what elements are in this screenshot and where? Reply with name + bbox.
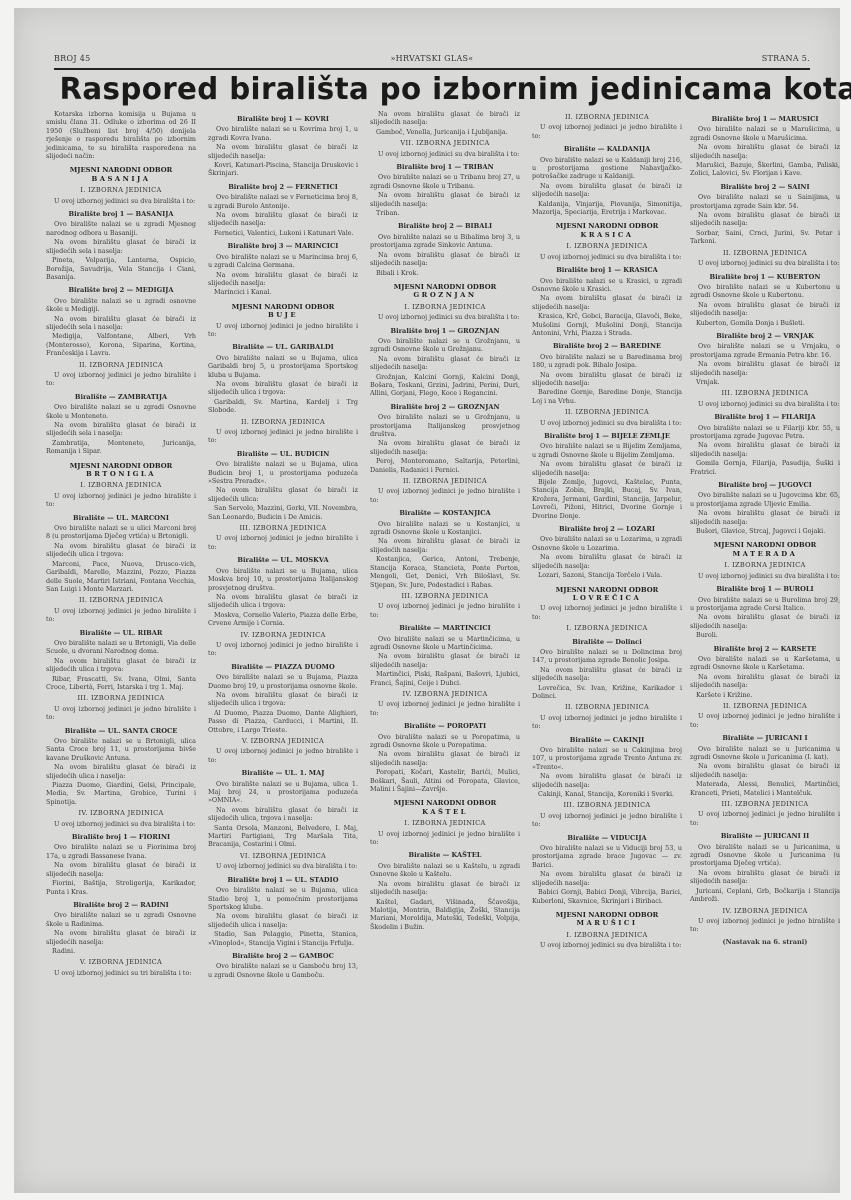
newspaper-name: »HRVATSKI GLAS« (54, 54, 810, 63)
paragraph: Ovo biralište nalazi se u zgradi Mjesnog… (46, 220, 196, 237)
place-list: Martinčici, Piski, Rašpani, Bašovri, Lju… (370, 670, 520, 687)
polling-station-heading: Biralište broj 1 — MARUSICI (690, 115, 840, 123)
paragraph: Ovo biralište nalazi se u Bujama, ulica … (208, 460, 358, 485)
paragraph: U ovoj izbornoj jedinici je jedno birali… (208, 641, 358, 658)
paragraph: Na ovom biralištu glasat će birači iz sl… (208, 143, 358, 160)
paragraph: Na ovom biralištu glasat će birači iz sl… (532, 371, 682, 388)
polling-station-heading: Biralište broj 2 — GAMBOC (208, 952, 358, 960)
paragraph: Na ovom biralištu glasat će birači iz sl… (370, 880, 520, 897)
paragraph: U ovoj izbornoj jedinici je jedno birali… (208, 428, 358, 445)
paragraph: Na ovom biralištu glasat će birači iz sl… (46, 861, 196, 878)
paragraph: Ovo biralište nalazi se u Bujama, ulica … (208, 354, 358, 379)
paragraph: U ovoj izbornoj jedinici je jedno birali… (532, 123, 682, 140)
paragraph: Ovo biralište nalazi se u Sainijima, u p… (690, 193, 840, 210)
polling-station-heading: Biralište broj 2 — SAINI (690, 183, 840, 191)
polling-station-heading: Biralište broj 1 — BIJELE ZEMLJE (532, 432, 682, 440)
electoral-unit-heading: I. IZBORNA JEDINICA (532, 624, 682, 632)
paragraph: Ovo biralište nalazi se u Vrnjaku, o pro… (690, 342, 840, 359)
paragraph: U ovoj izbornoj jedinici je jedno birali… (46, 705, 196, 722)
paragraph: U ovoj izbornoj jedinici je jedno birali… (370, 602, 520, 619)
paragraph: Na ovom biralištu glasat će birači iz sl… (532, 460, 682, 477)
polling-station-heading: Biralište — MARTINCICI (370, 624, 520, 632)
electoral-unit-heading: III. IZBORNA JEDINICA (532, 801, 682, 809)
place-list: Ribar, Frascatti, Sv. Ivana, Olmi, Santa… (46, 675, 196, 692)
paragraph: Ovo biralište nalazi se u Brtonigli, Via… (46, 639, 196, 656)
polling-station-heading: Biralište broj 2 — BAREDINE (532, 342, 682, 350)
place-list: Marušici, Bazuje, Škerlini, Gamba, Palis… (690, 161, 840, 178)
paragraph: U ovoj izbornoj jedinici je jedno birali… (370, 700, 520, 717)
polling-station-heading: Biralište broj 2 — LOZARI (532, 525, 682, 533)
electoral-unit-heading: IV. IZBORNA JEDINICA (690, 907, 840, 915)
polling-station-heading: Biralište broj 2 — MEDIGIJA (46, 286, 196, 294)
paragraph: Ovo biralište nalazi se u Dolincima broj… (532, 648, 682, 665)
polling-station-heading: Biralište — POROPATI (370, 722, 520, 730)
place-list: Bibali i Krok. (370, 269, 520, 277)
electoral-unit-heading: VI. IZBORNA JEDINICA (208, 852, 358, 860)
paragraph: U ovoj izbornoj jedinici su dva birališt… (532, 419, 682, 427)
polling-station-heading: Biralište — UL. MARCONI (46, 514, 196, 522)
polling-station-heading: Biralište broj 1 — KRASICA (532, 266, 682, 274)
place-list: Materada, Alessi, Benulici, Martinčici, … (690, 780, 840, 797)
paragraph: Ovo biralište nalazi se u Kaštelu, u zgr… (370, 862, 520, 879)
electoral-unit-heading: I. IZBORNA JEDINICA (690, 561, 840, 569)
polling-station-heading: Biralište — KALDANIJA (532, 145, 682, 153)
paragraph: Na ovom biralištu glasat će birači iz sl… (690, 360, 840, 377)
polling-station-heading: Biralište broj 1 — GROZNJAN (370, 327, 520, 335)
paragraph: U ovoj izbornoj jedinici je jedno birali… (208, 747, 358, 764)
paragraph: Na ovom biralištu glasat će birači iz sl… (208, 486, 358, 503)
paragraph: Ovo biralište nalazi se u zgradi Osnovne… (46, 403, 196, 420)
paragraph: U ovoj izbornoj jedinici je jedno birali… (690, 810, 840, 827)
paragraph: U ovoj izbornoj jedinici su dva birališt… (532, 253, 682, 261)
paragraph: Na ovom biralištu glasat će birači iz sl… (532, 294, 682, 311)
paragraph: Na ovom biralištu glasat će birači iz sl… (532, 772, 682, 789)
polling-station-heading: Biralište broj 2 — RADINI (46, 901, 196, 909)
paragraph: Ovo biralište nalazi se u Viduciji broj … (532, 844, 682, 869)
paragraph: Ovo biralište nalazi se u Bujama, ulica … (208, 567, 358, 592)
paragraph: Na ovom biralištu glasat će birači iz sl… (208, 380, 358, 397)
page-number: STRANA 5. (762, 54, 810, 63)
paragraph: Na ovom biralištu glasat će birači iz sl… (370, 750, 520, 767)
paragraph: U ovoj izbornoj jedinici je jedno birali… (690, 712, 840, 729)
paragraph: Na ovom biralištu glasat će birači iz sl… (208, 211, 358, 228)
place-list: Fernetici, Valentici, Lukoni i Katunari … (208, 229, 358, 237)
electoral-unit-heading: IV. IZBORNA JEDINICA (208, 631, 358, 639)
electoral-unit-heading: III. IZBORNA JEDINICA (46, 694, 196, 702)
place-list: Kaldanija, Vinjarija, Piovanija, Simonit… (532, 200, 682, 217)
paragraph: Ovo biralište nalazi se u Burolima broj … (690, 596, 840, 613)
electoral-unit-heading: II. IZBORNA JEDINICA (532, 703, 682, 711)
electoral-unit-heading: II. IZBORNA JEDINICA (532, 113, 682, 121)
paragraph: U ovoj izbornoj jedinici je jedno birali… (46, 492, 196, 509)
polling-station-heading: Biralište broj 2 — KARSETE (690, 645, 840, 653)
electoral-unit-heading: II. IZBORNA JEDINICA (532, 408, 682, 416)
paragraph: U ovoj izbornoj jedinici je jedno birali… (208, 534, 358, 551)
paragraph: Na ovom biralištu glasat će birači iz sl… (46, 421, 196, 438)
polling-station-heading: Biralište broj — JUGOVCI (690, 481, 840, 489)
place-list: Radini. (46, 947, 196, 955)
paragraph: Ovo biralište nalazi se u Fiorinima broj… (46, 843, 196, 860)
electoral-unit-heading: III. IZBORNA JEDINICA (690, 389, 840, 397)
paragraph: Na ovom biralištu glasat će birači iz sl… (208, 691, 358, 708)
place-list: Kaštel, Gadari, Višinada, Ščavošija, Mal… (370, 898, 520, 932)
paragraph: Na ovom biralištu glasat će birači iz sl… (208, 912, 358, 929)
column-4: II. IZBORNA JEDINICAU ovoj izbornoj jedi… (532, 110, 682, 951)
paragraph: Ovo biralište nalazi se u Kovrima broj 1… (208, 125, 358, 142)
paragraph: Na ovom biralištu glasat će birači iz sl… (370, 251, 520, 268)
committee-name: BRTONIGLA (46, 470, 196, 478)
committee-name: GROZNJAN (370, 291, 520, 299)
place-list: Poropati, Kočari, Kastelir, Barići, Muli… (370, 768, 520, 793)
place-list: Gomila Gornja, Filarija, Pasudija, Šuški… (690, 459, 840, 476)
masthead: BROJ 45 »HRVATSKI GLAS« STRANA 5. (54, 54, 810, 68)
polling-station-heading: Biralište — UL. 1. MAJ (208, 769, 358, 777)
paragraph: Na ovom biralištu glasat će birači iz sl… (208, 806, 358, 823)
committee-heading: MJESNI NARODNI ODBOR (370, 799, 520, 807)
committee-name: KRASICA (532, 231, 682, 239)
electoral-unit-heading: III. IZBORNA JEDINICA (370, 592, 520, 600)
polling-station-heading: Biralište — Dolinci (532, 638, 682, 646)
paragraph: Ovo biralište nalazi se u Kostanjici, u … (370, 520, 520, 537)
paragraph: U ovoj izbornoj jedinici su tri birališt… (46, 969, 196, 977)
polling-station-heading: Biralište — UL. RIBAR (46, 629, 196, 637)
electoral-unit-heading: V. IZBORNA JEDINICA (208, 737, 358, 745)
paragraph: Na ovom biralištu glasat će birači iz sl… (370, 355, 520, 372)
place-list: Medigija, Valfontane, Alberi, Vrh (Monte… (46, 332, 196, 357)
paragraph: U ovoj izbornoj jedinici je jedno birali… (370, 830, 520, 847)
electoral-unit-heading: II. IZBORNA JEDINICA (208, 418, 358, 426)
polling-station-heading: Biralište broj 2 — GROZNJAN (370, 403, 520, 411)
electoral-unit-heading: I. IZBORNA JEDINICA (46, 186, 196, 194)
paragraph: U ovoj izbornoj jedinici su dva birališt… (690, 572, 840, 580)
electoral-unit-heading: I. IZBORNA JEDINICA (46, 481, 196, 489)
paragraph: Ovo biralište nalazi se u Jugovcima kbr.… (690, 491, 840, 508)
paragraph: Na ovom biralištu glasat će birači iz sl… (690, 613, 840, 630)
committee-name: MATERADA (690, 550, 840, 558)
place-list: Moskva, Cornelio Valerio, Piazza delle E… (208, 611, 358, 628)
place-list: Sorbar, Saini, Crnci, Jurini, Sv. Petar … (690, 229, 840, 246)
paragraph: Na ovom biralištu glasat će birači iz sl… (690, 509, 840, 526)
polling-station-heading: Biralište broj 1 — UL. STADIO (208, 876, 358, 884)
paragraph: Na ovom biralištu glasat će birači iz sl… (370, 110, 520, 127)
polling-station-heading: Biralište — UL. MOSKVA (208, 556, 358, 564)
paragraph: Na ovom biralištu glasat će birači iz sl… (46, 542, 196, 559)
column-2: Biralište broj 1 — KOVRIOvo biralište na… (208, 110, 358, 980)
paragraph: Na ovom biralištu glasat će birači iz sl… (370, 652, 520, 669)
continuation-note: (Nastavak na 6. strani) (690, 938, 840, 946)
paragraph: U ovoj izbornoj jedinici je jedno birali… (370, 487, 520, 504)
place-list: Piazza Duomo, Giardini, Gelsi, Principal… (46, 781, 196, 806)
paragraph: U ovoj izbornoj jedinici su dva birališt… (532, 941, 682, 949)
paragraph: Na ovom biralištu glasat će birači iz sl… (532, 870, 682, 887)
polling-station-heading: Biralište broj 2 — BIBALI (370, 222, 520, 230)
place-list: Krasica, Krč, Gobci, Baracija, Glavoči, … (532, 312, 682, 337)
committee-heading: MJESNI NARODNI ODBOR (46, 462, 196, 470)
paragraph: Kotarska izborna komisija u Bujama u smi… (46, 110, 196, 160)
committee-heading: MJESNI NARODNI ODBOR (208, 303, 358, 311)
paragraph: Ovo biralište nalazi se u Baredinama bro… (532, 353, 682, 370)
paragraph: Na ovom biralištu glasat će birači iz sl… (46, 929, 196, 946)
paragraph: U ovoj izbornoj jedinici su dva birališt… (690, 400, 840, 408)
electoral-unit-heading: II. IZBORNA JEDINICA (370, 477, 520, 485)
paragraph: Ovo biralište nalazi se u Marincima broj… (208, 253, 358, 270)
paragraph: Na ovom biralištu glasat će birači iz sl… (690, 211, 840, 228)
electoral-unit-heading: I. IZBORNA JEDINICA (532, 242, 682, 250)
paragraph: Na ovom biralištu glasat će birači iz sl… (370, 537, 520, 554)
paragraph: Ovo biralište nalazi se u Poropatima, u … (370, 733, 520, 750)
polling-station-heading: Biralište broj 3 — MARINCICI (208, 242, 358, 250)
place-list: Bijele Zemlje, Jugovci, Kaštelac, Punta,… (532, 478, 682, 520)
paragraph: Na ovom biralištu glasat će birači iz sl… (532, 182, 682, 199)
polling-station-heading: Biralište — PIAZZA DUOMO (208, 663, 358, 671)
electoral-unit-heading: V. IZBORNA JEDINICA (46, 958, 196, 966)
place-list: Lovrečica, Sv. Ivan, Križine, Karikador … (532, 684, 682, 701)
place-list: Cakinji, Kanal, Stancija, Koreniki i Sve… (532, 790, 682, 798)
polling-station-heading: Biralište broj 1 — FILARIJA (690, 413, 840, 421)
electoral-unit-heading: III. IZBORNA JEDINICA (208, 524, 358, 532)
electoral-unit-heading: I. IZBORNA JEDINICA (370, 819, 520, 827)
polling-station-heading: Biralište broj 1 — BUROLI (690, 585, 840, 593)
polling-station-heading: Biralište — UL. BUDICIN (208, 450, 358, 458)
paragraph: Ovo biralište nalazi se u Cakinjima broj… (532, 746, 682, 771)
paragraph: Na ovom biralištu glasat će birači iz sl… (370, 191, 520, 208)
paragraph: Ovo biralište nalazi se u Bibalima broj … (370, 233, 520, 250)
paragraph: Na ovom biralištu glasat će birači iz sl… (690, 143, 840, 160)
paragraph: U ovoj izbornoj jedinici su dva birališt… (46, 820, 196, 828)
committee-name: BASANIJA (46, 175, 196, 183)
place-list: Kostanjica, Gerica, Antoni, Trebenje, St… (370, 555, 520, 589)
polling-station-heading: Biralište — JURICANI I (690, 734, 840, 742)
place-list: Santa Orsola, Manzoni, Belvedere, I. Maj… (208, 824, 358, 849)
polling-station-heading: Biralište — UL. SANTA CROCE (46, 727, 196, 735)
electoral-unit-heading: I. IZBORNA JEDINICA (532, 931, 682, 939)
paragraph: U ovoj izbornoj jedinici su dva birališt… (46, 197, 196, 205)
committee-heading: MJESNI NARODNI ODBOR (532, 222, 682, 230)
polling-station-heading: Biralište broj 1 — KOVRI (208, 115, 358, 123)
paragraph: U ovoj izbornoj jedinici je jedno birali… (690, 917, 840, 934)
paragraph: Na ovom biralištu glasat će birači iz sl… (46, 238, 196, 255)
masthead-rule (54, 68, 810, 70)
polling-station-heading: Biralište broj 1 — FIORINI (46, 833, 196, 841)
paragraph: Na ovom biralištu glasat će birači iz sl… (690, 301, 840, 318)
committee-heading: MJESNI NARODNI ODBOR (370, 283, 520, 291)
place-list: Kovri, Katunari-Piscina, Stancija Drusko… (208, 161, 358, 178)
polling-station-heading: Biralište broj 1 — KUBERTON (690, 273, 840, 281)
polling-station-heading: Biralište — VIDUCIJA (532, 834, 682, 842)
paragraph: Ovo biralište nalazi se u Martinčicima, … (370, 635, 520, 652)
committee-heading: MJESNI NARODNI ODBOR (46, 166, 196, 174)
place-list: Stadio, San Pelaggio, Pinetta, Stanica, … (208, 930, 358, 947)
committee-heading: MJESNI NARODNI ODBOR (690, 541, 840, 549)
place-list: Baredine Gornje, Baredine Donje, Stancij… (532, 388, 682, 405)
paragraph: Ovo biralište nalazi se u Karšetama, u z… (690, 655, 840, 672)
newspaper-page: BROJ 45 »HRVATSKI GLAS« STRANA 5. Raspor… (14, 8, 840, 1193)
paragraph: Ovo biralište nalazi se u Krasici, u zgr… (532, 277, 682, 294)
electoral-unit-heading: IV. IZBORNA JEDINICA (370, 690, 520, 698)
place-list: Peroj, Monteromano, Saltarija, Peterlini… (370, 457, 520, 474)
electoral-unit-heading: II. IZBORNA JEDINICA (690, 249, 840, 257)
polling-station-heading: Biralište broj 2 — VRNJAK (690, 332, 840, 340)
paragraph: Ovo biralište nalazi se u Filariji kbr. … (690, 424, 840, 441)
paragraph: Ovo biralište nalazi se u Juricanima, u … (690, 843, 840, 868)
polling-station-heading: Biralište — CAKINJI (532, 736, 682, 744)
paragraph: U ovoj izbornoj jedinici je jedno birali… (532, 714, 682, 731)
place-list: Triban. (370, 209, 520, 217)
paragraph: Ovo biralište nalazi se u Grožnjanu, u z… (370, 337, 520, 354)
paragraph: Na ovom biralištu glasat će birači iz sl… (208, 271, 358, 288)
paragraph: U ovoj izbornoj jedinici je jedno birali… (46, 607, 196, 624)
paragraph: Ovo biralište nalazi se u Brtonigli, uli… (46, 737, 196, 762)
electoral-unit-heading: I. IZBORNA JEDINICA (370, 303, 520, 311)
column-5: Biralište broj 1 — MARUSICIOvo biralište… (690, 110, 840, 946)
paragraph: U ovoj izbornoj jedinici su dva birališt… (370, 150, 520, 158)
paragraph: Ovo biralište nalazi se u Bujama, Piazza… (208, 673, 358, 690)
place-list: Pineta, Volparija, Lanterna, Ospicio, Bo… (46, 256, 196, 281)
place-list: Babici Gornji, Babici Donji, Vibrcija, B… (532, 888, 682, 905)
place-list: San Servolo, Mazzini, Gorki, VII. Novemb… (208, 504, 358, 521)
polling-station-heading: Biralište broj 2 — FERNETICI (208, 183, 358, 191)
paragraph: Na ovom biralištu glasat će birači iz sl… (690, 441, 840, 458)
paragraph: Na ovom biralištu glasat će birači iz sl… (46, 657, 196, 674)
paragraph: Na ovom biralištu glasat će birači iz sl… (46, 763, 196, 780)
place-list: Al Duomo, Piazza Duomo, Dante Alighieri,… (208, 709, 358, 734)
paragraph: Na ovom biralištu glasat će birači iz sl… (208, 593, 358, 610)
polling-station-heading: Biralište broj 1 — BASANIJA (46, 210, 196, 218)
polling-station-heading: Biralište broj 1 — TRIBAN (370, 163, 520, 171)
place-list: Bušori, Glavice, Strcaj, Jugovci i Gojak… (690, 527, 840, 535)
paragraph: U ovoj izbornoj jedinici je jedno birali… (46, 371, 196, 388)
polling-station-heading: Biralište — KAŠTEL (370, 851, 520, 859)
polling-station-heading: Biralište — JURICANI II (690, 832, 840, 840)
place-list: Buroli. (690, 631, 840, 639)
place-list: Garibaldi, Sv. Martina, Kardelj i Trg Sl… (208, 398, 358, 415)
paragraph: Ovo biralište nalazi se u Kaldaniji broj… (532, 156, 682, 181)
paragraph: U ovoj izbornoj jedinici su dva birališt… (370, 313, 520, 321)
place-list: Marconi, Pace, Nuova, Drusco-vich, Garib… (46, 560, 196, 594)
place-list: Vrnjak. (690, 378, 840, 386)
place-list: Marincici i Kanal. (208, 288, 358, 296)
polling-station-heading: Biralište — UL. GARIBALDI (208, 343, 358, 351)
paragraph: Ovo biralište nalazi se u Lozarima, u zg… (532, 535, 682, 552)
polling-station-heading: Biralište — KOSTANJICA (370, 509, 520, 517)
polling-station-heading: Biralište — ZAMBRATIJA (46, 393, 196, 401)
paragraph: U ovoj izbornoj jedinici je jedno birali… (532, 604, 682, 621)
paragraph: Na ovom biralištu glasat će birači iz sl… (370, 439, 520, 456)
paragraph: U ovoj izbornoj jedinici je jedno birali… (208, 322, 358, 339)
paragraph: Ovo biralište nalazi se u Grožnjanu, u p… (370, 413, 520, 438)
article-columns: Kotarska izborna komisija u Bujama u smi… (46, 110, 836, 1190)
paragraph: Ovo biralište nalazi se u zgradi Osnovne… (46, 911, 196, 928)
electoral-unit-heading: III. IZBORNA JEDINICA (690, 800, 840, 808)
paragraph: Ovo biralište nalazi se u ulici Marconi … (46, 524, 196, 541)
column-3: Na ovom biralištu glasat će birači iz sl… (370, 110, 520, 932)
committee-heading: MJESNI NARODNI ODBOR (532, 586, 682, 594)
committee-name: KAŠTEL (370, 808, 520, 816)
article-headline: Raspored birališta po izbornim jedinicam… (59, 72, 802, 107)
paragraph: Ovo biralište nalazi se u Bujama, ulica … (208, 780, 358, 805)
paragraph: Ovo biralište nalazi se u Juricanima u z… (690, 745, 840, 762)
place-list: Zambratija, Monteneto, Juricanija, Roman… (46, 439, 196, 456)
place-list: Grožnjan, Kalcini Gornji, Kalcini Donji,… (370, 373, 520, 398)
electoral-unit-heading: II. IZBORNA JEDINICA (46, 361, 196, 369)
place-list: Gamboč, Venella, Juricanija i Ljubljanij… (370, 128, 520, 136)
place-list: Fiorini, Baštija, Stroligerija, Karikado… (46, 879, 196, 896)
paragraph: Na ovom biralištu glasat će birači iz sl… (690, 673, 840, 690)
committee-name: MARUŠICI (532, 919, 682, 927)
committee-name: BUJE (208, 311, 358, 319)
electoral-unit-heading: VII. IZBORNA JEDINICA (370, 139, 520, 147)
paragraph: Na ovom biralištu glasat će birači iz sl… (532, 553, 682, 570)
electoral-unit-heading: II. IZBORNA JEDINICA (690, 702, 840, 710)
committee-name: LOVREČICA (532, 594, 682, 602)
place-list: Karšete i Križine. (690, 691, 840, 699)
place-list: Lozari, Sazoni, Stancija Torčelo i Vala. (532, 571, 682, 579)
paragraph: Ovo biralište nalazi se u Bijelim Zemlja… (532, 442, 682, 459)
paragraph: Ovo biralište nalazi se v Ferneticima br… (208, 193, 358, 210)
paragraph: Ovo biralište nalazi se u Kubertonu u zg… (690, 283, 840, 300)
paragraph: Na ovom biralištu glasat će birači iz sl… (46, 315, 196, 332)
paragraph: Ovo biralište nalazi se u Marušicima, u … (690, 125, 840, 142)
paragraph: Ovo biralište nalazi se u Bujama, ulica … (208, 886, 358, 911)
paragraph: Ovo biralište nalazi se u Gamboču broj 1… (208, 962, 358, 979)
paragraph: U ovoj izbornoj jedinici su dva birališt… (208, 862, 358, 870)
paragraph: Ovo biralište nalazi se u Tribanu broj 2… (370, 173, 520, 190)
paragraph: Ovo biralište nalazi se u zgradi osnovne… (46, 297, 196, 314)
place-list: Kuberton, Gomila Donja i Bušleti. (690, 319, 840, 327)
electoral-unit-heading: IV. IZBORNA JEDINICA (46, 809, 196, 817)
paragraph: U ovoj izbornoj jedinici je jedno birali… (532, 812, 682, 829)
electoral-unit-heading: II. IZBORNA JEDINICA (46, 596, 196, 604)
paragraph: Na ovom biralištu glasat će birači iz sl… (690, 762, 840, 779)
paragraph: U ovoj izbornoj jedinici su dva birališt… (690, 259, 840, 267)
column-1: Kotarska izborna komisija u Bujama u smi… (46, 110, 196, 978)
paragraph: Na ovom biralištu glasat će birači iz sl… (532, 666, 682, 683)
paragraph: Na ovom biralištu glasat će birači iz sl… (690, 869, 840, 886)
place-list: Juricani, Ceplani, Grb, Bočkarija i Stan… (690, 887, 840, 904)
